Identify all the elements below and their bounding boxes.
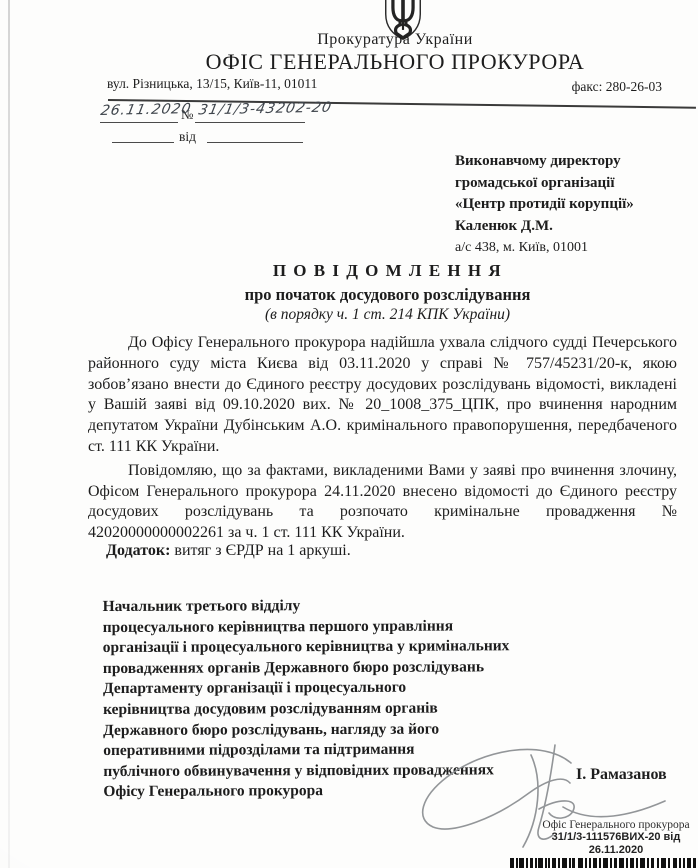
scan-page-edge (8, 0, 10, 868)
recipient-line: Виконавчому директору (455, 151, 693, 173)
registration-stamp: Офіс Генерального прокурора 31/1/3-11157… (516, 819, 698, 856)
scanned-letter-page: Прокуратура України ОФІС ГЕНЕРАЛЬНОГО ПР… (0, 0, 698, 868)
position-line: провадженнях органів Державного бюро роз… (103, 657, 583, 680)
letter-body: До Офісу Генерального прокурора надійшла… (88, 333, 677, 544)
document-title: П О В І Д О М Л Е Н Н Я (95, 261, 680, 281)
handwritten-date: 26.11.2020 (99, 101, 193, 119)
attachment-line: Додаток: витяг з ЄРДР на 1 аркуші. (106, 542, 351, 560)
vid-label: від (179, 129, 196, 145)
position-line: організації і процесуального керівництва… (103, 636, 583, 659)
body-paragraph-2: Повідомляю, що за фактами, викладеними В… (88, 461, 677, 544)
body-paragraph-1: До Офісу Генерального прокурора надійшла… (88, 333, 677, 458)
registration-barcode-icon (510, 856, 696, 867)
document-subtitle: про початок досудового розслідування (95, 285, 680, 305)
stamp-date: 26.11.2020 (516, 844, 698, 857)
ref-underline-right (207, 142, 303, 143)
document-title-block: П О В І Д О М Л Е Н Н Я про початок досу… (95, 261, 680, 324)
attachment-text: витяг з ЄРДР на 1 аркуші. (170, 542, 350, 559)
signatory-position-block: Начальник третього відділу процесуальног… (103, 595, 584, 803)
position-line: Офісу Генерального прокурора (103, 780, 583, 803)
recipient-line: громадської організації (455, 173, 693, 195)
date-underline (100, 122, 178, 123)
recipient-name: Каленюк Д.М. (455, 216, 693, 238)
recipient-postal-address: а/с 438, м. Київ, 01001 (455, 237, 693, 259)
position-line: Державного бюро розслідувань, нагляду за… (103, 719, 583, 742)
org-name: ОФІС ГЕНЕРАЛЬНОГО ПРОКУРОРА (95, 49, 695, 75)
org-parent-name: Прокуратура України (95, 31, 695, 49)
org-address: вул. Різницька, 13/15, Київ-11, 01011 (107, 76, 317, 92)
org-fax: факс: 280-26-03 (450, 79, 662, 95)
position-line: керівництва досудовим розслідуванням орг… (103, 698, 583, 721)
recipient-block: Виконавчому директору громадської органі… (455, 151, 693, 259)
stamp-org-name: Офіс Генерального прокурора (516, 819, 698, 831)
number-underline (195, 122, 305, 123)
stamp-number: 31/1/3-111576ВИХ-20 від (516, 831, 698, 844)
legal-reference: (в порядку ч. 1 ст. 214 КПК України) (95, 306, 680, 324)
position-line: Департаменту організації і процесуальног… (103, 677, 583, 700)
position-line: процесуального керівництва першого управ… (103, 616, 583, 639)
recipient-line: «Центр протидії корупції» (455, 194, 693, 216)
number-line: № 26.11.2020 31/1/3-43202-20 (95, 104, 395, 126)
signatory-name: І. Рамазанов (576, 766, 667, 784)
position-line: публічного обвинувачення у відповідних п… (103, 760, 583, 783)
handwritten-number: 31/1/3-43202-20 (197, 100, 333, 119)
reference-line: від (95, 130, 395, 150)
ref-underline-left (112, 142, 174, 143)
requisites-block: № 26.11.2020 31/1/3-43202-20 від (95, 104, 395, 150)
position-line: оперативними підрозділами та підтримання (103, 739, 583, 762)
attachment-label: Додаток: (106, 542, 170, 559)
position-line: Начальник третього відділу (103, 595, 583, 618)
